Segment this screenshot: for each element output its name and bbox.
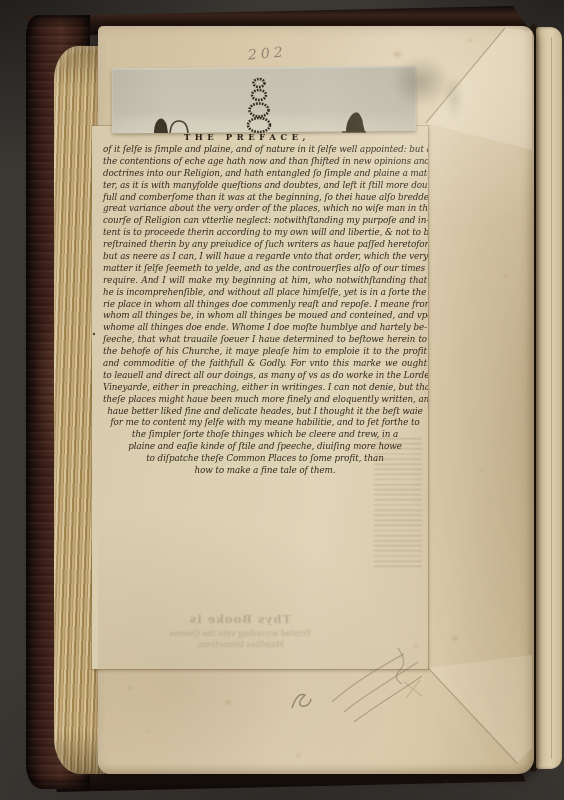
foxing-spot: [295, 753, 302, 758]
foxing-spot: [503, 273, 509, 278]
handwritten-folio-number: 202: [247, 44, 287, 63]
foxing-spot: [392, 50, 403, 59]
showthrough-line: Thys Booke is: [92, 612, 388, 626]
pasted-slip: [112, 66, 417, 134]
text-line-7: courſe of Religion can vtterlie neglect:…: [103, 216, 427, 228]
text-line-19: and commoditie of the faithfull & Godly.…: [103, 359, 427, 371]
text-line-18: the behofe of his Churche, it maye pleaſ…: [103, 347, 427, 359]
printed-leaf: THE PREFACE, of it ſelfe is ſimple and p…: [92, 126, 428, 669]
foxing-spot: [127, 685, 133, 690]
text-line-13: he is incomprehenſible, and without all …: [103, 288, 427, 300]
text-line-22: theſe places might haue been much more f…: [103, 395, 427, 407]
foxing-spot: [224, 699, 233, 706]
foxing-spot: [467, 37, 474, 43]
text-line-1: of it ſelfe is ſimple and plaine, and of…: [103, 145, 427, 157]
book-photograph: 202 THE PREFACE, of it ſelfe is ſimple a…: [0, 0, 564, 800]
text-line-24: for me to content my ſelfe with my meane…: [103, 418, 427, 430]
colophon-showthrough: Thys Booke is Printed according vnto the…: [92, 612, 388, 649]
text-line-3: doctrines into our Religion, and hath en…: [103, 169, 427, 181]
text-line-17: ſeeche, that what trauaile ſoeuer I haue…: [103, 335, 427, 347]
index-showthrough: [374, 438, 422, 568]
text-line-8: tent is to proceede therin according to …: [103, 228, 427, 240]
leaf-text-block: of it ſelfe is ſimple and plaine, and of…: [103, 145, 427, 478]
text-line-23: haue better liked fine and delicate head…: [103, 407, 427, 419]
text-line-20: to leauell and direct all our doings, as…: [103, 371, 427, 383]
foxing-spot: [413, 643, 419, 648]
fore-edge-pages: [536, 27, 562, 769]
showthrough-line: Maieſties Iniunctions.: [92, 640, 388, 649]
text-line-9: reſtrained therin by any preiudice of ſu…: [103, 240, 427, 252]
text-line-11: matter it ſelfe ſeemeth to yelde, and as…: [103, 264, 427, 276]
text-line-4: ter, as it is with manyfolde queſtions a…: [103, 181, 427, 193]
preface-heading: THE PREFACE,: [92, 133, 402, 143]
foxing-spot: [478, 468, 484, 473]
foxing-spot: [451, 635, 459, 642]
foxing-spot: [145, 729, 150, 733]
foxing-spot: [124, 167, 133, 174]
text-line-5: full and comberſome than it was at the b…: [103, 193, 427, 205]
text-line-14: rie place in whom all thinges doe commen…: [103, 300, 427, 312]
text-line-15: whom all thinges be, in whom all thinges…: [103, 311, 427, 323]
text-line-10: but as neere as I can, I will haue a reg…: [103, 252, 427, 264]
text-line-21: Vineyarde, either in preaching, either i…: [103, 383, 427, 395]
text-line-6: great variance about the very order of t…: [103, 204, 427, 216]
showthrough-line: Printed according vnto the Quenes: [92, 629, 388, 638]
text-line-16: whome all thinges doe ende. Whome I doe …: [103, 323, 427, 335]
text-line-12: require. And I will make my beginning at…: [103, 276, 427, 288]
text-line-2: the contentions of eche age hath now and…: [103, 157, 427, 169]
